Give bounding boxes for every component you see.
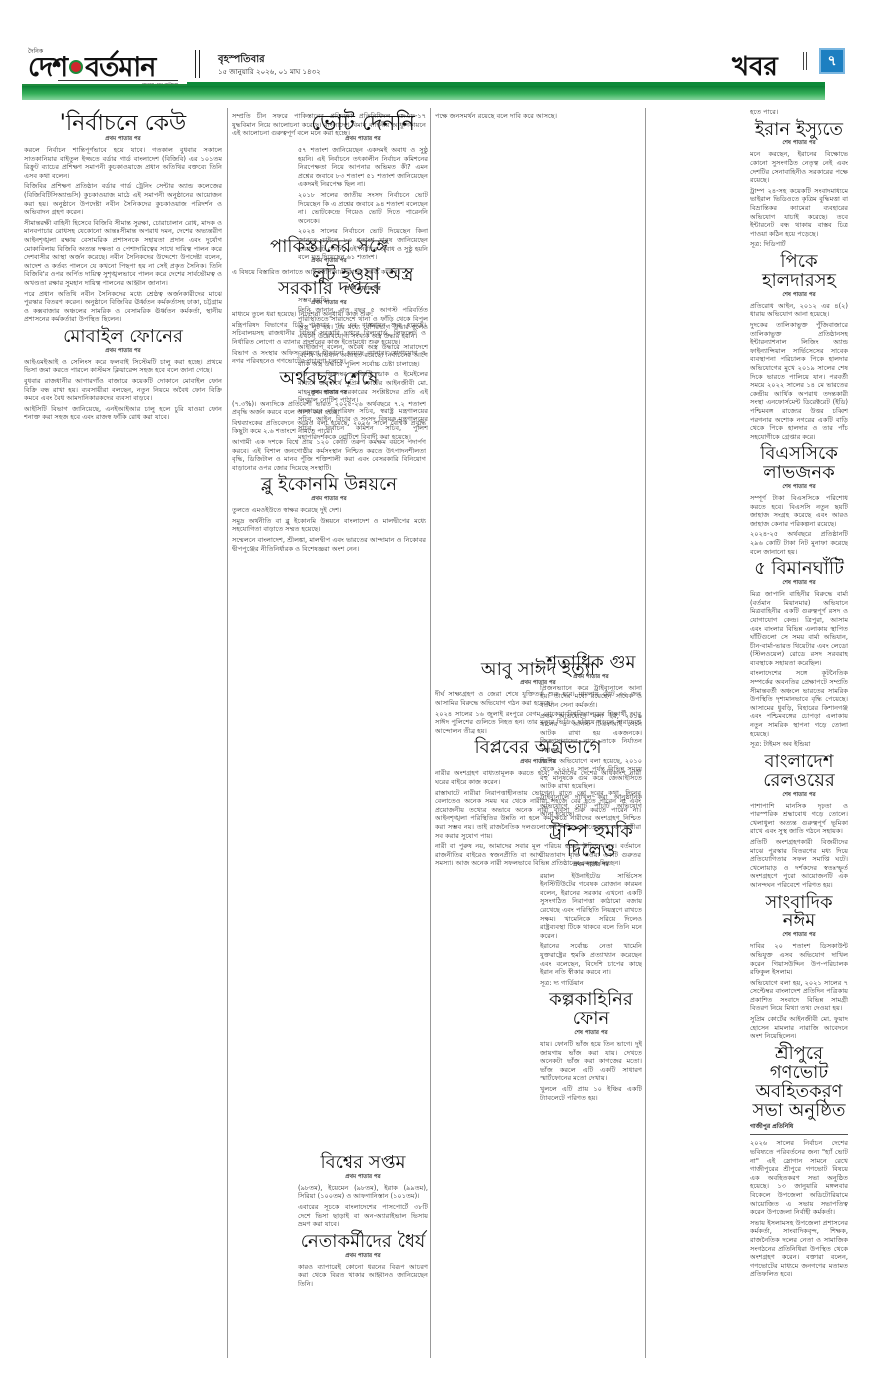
article-paragraph: আইজিপি বলেন, অবৈধ অস্ত্র উদ্ধারে সারাদেশ…: [298, 343, 428, 369]
column-rule: [430, 108, 431, 1358]
article-paragraph: সীমান্তরক্ষী বাহিনী হিসেবে বিজিবি সীমান্…: [24, 219, 222, 288]
article-paragraph: বাংলাদেশের সঙ্গে কূটনৈতিক সম্পর্কের অবনত…: [750, 669, 848, 738]
headline[interactable]: শতাধিক গুম: [540, 654, 642, 673]
article-paragraph: ইরানের সর্বোচ্চ নেতা খামেনি যুক্তরাষ্ট্র…: [540, 942, 642, 976]
column-rule: [227, 108, 228, 1358]
article-paragraph: অভিযোগে বলা হয়, ২০২১ সালের ৭ সেপ্টেম্বর…: [750, 979, 848, 1013]
headline[interactable]: ভোট দেননি: [298, 112, 428, 135]
continued-label: শেষ পাতার পর: [750, 792, 848, 800]
article-netakormider-dhoirjo[interactable]: নেতাকর্মীদের ধৈর্য প্রথম পাতার পর কারও ব…: [298, 1233, 428, 1289]
column-3: ভোট দেননি প্রথম পাতার পর ৫৭ শতাংশ জানিয়…: [298, 108, 428, 728]
article-paragraph: এবারের সূচকে বাংলাদেশের পাসপোর্টে ৩৮টি দ…: [298, 1203, 428, 1229]
continued-label: শেষ পাতার পর: [750, 932, 848, 940]
newspaper-logo[interactable]: দেশবর্তমান: [28, 54, 155, 81]
continued-label: প্রথম পাতার পর: [298, 286, 428, 294]
continued-label: প্রথম পাতার পর: [24, 136, 222, 144]
article-paragraph: সুপ্রিম কোর্টের আইনজীবী মো. ফুয়াদ হোসেন…: [750, 1015, 848, 1041]
article-paragraph: গত ১৪ ডিসেম্বর রেজিস্ট্রি ডাক ও ইমেইলের …: [298, 370, 428, 404]
article-pike-haldarsoh[interactable]: পিকে হালদারসহ শেষ পাতার পর প্রতিরোধ আইন,…: [750, 253, 848, 441]
article-paragraph: ৫৭ শতাংশ জানিয়েছেন একদমই অবাধ ও সুষ্ঠু …: [298, 146, 428, 189]
article-paragraph: তিনি জানান, গত বছর ৫ আগস্ট পরিবর্তিত পরি…: [298, 306, 428, 340]
article-paragraph: প্রথম অভিযোগে বলা হয়, ২০১৬ সালের ৪ আগস্…: [540, 712, 642, 755]
continued-label: প্রথম পাতার পর: [24, 348, 222, 356]
article-paragraph: ট্রাইব্যুনালে দাখিল করা আনুষ্ঠানিক অভিযো…: [540, 793, 642, 819]
article-sangbadik-nayeem[interactable]: সাংবাদিক নঈম শেষ পাতার পর দাবির ২০ শতাংশ…: [750, 894, 848, 1041]
article-vote-deni[interactable]: ভোট দেননি প্রথম পাতার পর ৫৭ শতাংশ জানিয়…: [298, 112, 428, 262]
article-paragraph: আইসিটি বিভাগ জানিয়েছে, এনইআইআর চালু হলে…: [24, 405, 222, 422]
continued-label: শেষ পাতার পর: [750, 140, 848, 148]
article-paragraph: সভায় ইসলামসহ উপজেলা প্রশাসনের কর্মকর্তা…: [750, 1219, 848, 1279]
column-3-lower: বিশ্বের সপ্তম প্রথম পাতার পর (৯৮তম), ইয়…: [298, 1150, 428, 1370]
article-paragraph: বুধবার রাজধানীর আগারগাঁও বাজারে কয়েকটি …: [24, 377, 222, 403]
headline[interactable]: মোবাইল ফোনের: [24, 328, 222, 347]
article-paragraph: আইএমইআই ও সেলিংস করে ফলবাই সিস্টেমটি চাল…: [24, 358, 222, 375]
continued-label: শেষ পাতার পর: [750, 484, 848, 492]
article-source: সূত্র: দিডিপার্ট: [750, 240, 848, 249]
article-paragraph: প্রতিরোধ আইন, ২০১২ এর ৪(২) ধারায় অভিযোগ…: [750, 302, 848, 319]
headline[interactable]: 'নির্বাচনে কেউ: [24, 112, 222, 135]
continued-label: প্রথম পাতার পর: [298, 1174, 428, 1182]
section-divider: [803, 52, 807, 70]
headline[interactable]: পিকে হালদারসহ: [750, 253, 848, 291]
headline[interactable]: সাংবাদিক নঈম: [750, 894, 848, 932]
headline[interactable]: লুট হওয়া অস্ত্র: [298, 266, 428, 285]
article-paragraph: ২০১৮ সালের জাতীয় সংসদ নির্বাচনে ভোট দিয…: [298, 191, 428, 225]
article-paragraph: খুললে এটি প্রায় ১০ ইঞ্চির একটি ট্যাবলেট…: [540, 1085, 642, 1102]
article-source: সূত্র: টাইমস অব ইন্ডিয়া: [750, 740, 848, 749]
article-paragraph: কারও ব্যাপারেই কোনো ধরনের বিরূপ আচরণ করা…: [298, 1263, 428, 1289]
continued-label: প্রথম পাতার পর: [540, 862, 642, 870]
article-paragraph: মনে করছেন, ইরানের বিক্ষোভে কোনো সুসংগঠিত…: [750, 150, 848, 184]
continued-label: শেষ পাতার পর: [750, 292, 848, 300]
continued-label: প্রথম পাতার পর: [298, 136, 428, 144]
headline[interactable]: ট্রাম্প হুমকি দিলেও: [540, 823, 642, 861]
logo-text-left: দেশ: [28, 52, 67, 83]
article-nirbachone-keu[interactable]: 'নির্বাচনে কেউ প্রথম পাতার পর করলে নির্ব…: [24, 112, 222, 324]
article-paragraph: রয়াল ইউনাইটেড সার্ভিসেস ইনস্টিটিউটের গব…: [540, 872, 642, 941]
article-source: সূত্র: দ্য গার্ডিয়ান: [540, 979, 642, 988]
article-mobile-phoner[interactable]: মোবাইল ফোনের প্রথম পাতার পর আইএমইআই ও সে…: [24, 328, 222, 422]
article-paragraph: প্রতিটি অংশগ্রহণকারী বিজয়ীদের মাঝে পুরস…: [750, 838, 848, 890]
article-paragraph: দুদকের তালিকাভুক্ত পুঁজিবাজারে তালিকাভুক…: [750, 321, 848, 441]
column-1: 'নির্বাচনে কেউ প্রথম পাতার পর করলে নির্ব…: [24, 108, 222, 1368]
page-number-badge: ৭: [819, 48, 845, 74]
green-header-band: [22, 86, 825, 100]
article-paragraph: দাবির ২০ শতাংশ ডিসকাউন্ট অভিযুক্ত এসব অভ…: [750, 942, 848, 976]
article-bisher-soptom[interactable]: বিশ্বের সপ্তম প্রথম পাতার পর (৯৮তম), ইয়…: [298, 1154, 428, 1229]
bangladesh-map-emblem-icon: [69, 60, 83, 74]
continued-label: প্রথম পাতার পর: [298, 1253, 428, 1261]
article-paragraph: সম্পূর্ণ টাকা বিএসসিকে পরিশোধ করতে হবে। …: [750, 494, 848, 528]
continued-label: শেষ পাতার পর: [750, 580, 848, 588]
headline[interactable]: নেতাকর্মীদের ধৈর্য: [298, 1233, 428, 1252]
article-paragraph: যায়। ফোনটি ভাঁজ হয়ে তিন ভাগে। দুই জায়…: [540, 1040, 642, 1083]
article-paragraph: ২০২৪-২৫ অর্থবছরে প্রতিষ্ঠানটি ২৯৬ কোটি ট…: [750, 530, 848, 556]
article-loot-howa-ostro[interactable]: লুট হওয়া অস্ত্র প্রথম পাতার পর সম্ভব হয…: [298, 266, 428, 441]
article-paragraph: দ্বিতীয় অভিযোগে বলা হয়েছে, ২০১০ থেকে ২…: [540, 757, 642, 791]
article-bisiksike-labhjonok[interactable]: বিএসসিকে লাভজনক শেষ পাতার পর সম্পূর্ণ টা…: [750, 445, 848, 556]
article-paragraph: পাশাপাশি মানসিক দৃঢ়তা ও পারস্পরিক শ্রদ্…: [750, 802, 848, 836]
headline[interactable]: শ্রীপুরে গণভোট অবহিতকরণ সভা অনুষ্ঠিত: [750, 1045, 848, 1121]
article-paragraph: পক্ষে জনসমর্থন রয়েছে বলে দাবি করে আসছে।: [435, 112, 641, 121]
article-paragraph: প্রিজনভ্যানে করে ট্রাইব্যুনালে আনা হয়। …: [540, 684, 642, 710]
article-kolokahinir-phone[interactable]: কল্পকাহিনির ফোন শেষ পাতার পর যায়। ফোনটি…: [540, 991, 642, 1102]
article-paragraph: সম্ভব হয়নি।: [298, 296, 428, 305]
headline[interactable]: বিএসসিকে লাভজনক: [750, 445, 848, 483]
article-paragraph: করলে নির্বাচন শান্তিপূর্ণভাবে হয়ে যাবে।…: [24, 146, 222, 180]
headline[interactable]: ইরান ইস্যুতে: [750, 121, 848, 140]
masthead: দৈনিক দেশবর্তমান সত্যের পথে অবিচল বৃহস্প…: [22, 40, 850, 84]
article-five-bimanghati[interactable]: ৫ বিমানঘাঁটি শেষ পাতার পর মিত্র জাপানি ব…: [750, 560, 848, 749]
headline[interactable]: ৫ বিমানঘাঁটি: [750, 560, 848, 579]
article-paragraph: পরে প্রধান অতিথি নবীন সৈনিকদের মধ্যে শ্র…: [24, 290, 222, 324]
headline[interactable]: বিশ্বের সপ্তম: [298, 1154, 428, 1173]
column-rule: [645, 108, 646, 1358]
article-bangladesh-railway[interactable]: বাংলাদেশ রেলওয়ের শেষ পাতার পর পাশাপাশি …: [750, 753, 848, 890]
article-paragraph: হতে পারে।: [750, 108, 848, 117]
logo-text-right: বর্তমান: [85, 52, 155, 83]
article-paragraph: ট্রাম্প ২৪-সহ কয়েকটি সংবাদমাধ্যমে ভাইরা…: [750, 187, 848, 239]
article-iran-issute[interactable]: হতে পারে। ইরান ইস্যুতে শেষ পাতার পর মনে …: [750, 108, 848, 249]
article-paragraph: মিত্র জাপানি বাহিনীর বিরুদ্ধে বার্মা (বর…: [750, 590, 848, 667]
continued-label: প্রথম পাতার পর: [540, 674, 642, 682]
article-trump-humki[interactable]: ট্রাম্প হুমকি দিলেও প্রথম পাতার পর রয়াল…: [540, 823, 642, 988]
byline: গাজীপুর প্রতিনিধি: [750, 1121, 848, 1135]
masthead-divider: [195, 50, 200, 78]
continued-label: শেষ পাতার পর: [540, 1030, 642, 1038]
article-paragraph: (৯৮তম), ইয়েমেন (৯৮তম), ইরাক (৯৯তম), সির…: [298, 1184, 428, 1201]
article-paragraph: ২০২৪ সালের নির্বাচনে ভোট দিয়েছেন কিনা জ…: [298, 227, 428, 261]
article-paragraph: বিজিবির প্রশিক্ষণ প্রতিষ্ঠান বর্ডার গার্…: [24, 182, 222, 216]
article-paragraph: সরকারের মন্ত্রিপরিষদ সচিব, স্বরাষ্ট্র মন…: [298, 407, 428, 441]
headline[interactable]: কল্পকাহিনির ফোন: [540, 991, 642, 1029]
column-6: হতে পারে। ইরান ইস্যুতে শেষ পাতার পর মনে …: [750, 108, 848, 1368]
headline[interactable]: বাংলাদেশ রেলওয়ের: [750, 753, 848, 791]
article-sreepure-gonovote[interactable]: শ্রীপুরে গণভোট অবহিতকরণ সভা অনুষ্ঠিত গাজ…: [750, 1045, 848, 1279]
article-shatadhik-gum[interactable]: শতাধিক গুম প্রথম পাতার পর প্রিজনভ্যানে ক…: [540, 654, 642, 819]
article-paragraph: ২০২৬ সালের নির্বাচন দেশের ভবিষ্যতে পরিবর…: [750, 1139, 848, 1216]
publication-date: ১৫ জানুয়ারি ২০২৬, ০১ মাঘ ১৪৩২: [218, 66, 321, 78]
column-5: শতাধিক গুম প্রথম পাতার পর প্রিজনভ্যানে ক…: [540, 650, 642, 1350]
